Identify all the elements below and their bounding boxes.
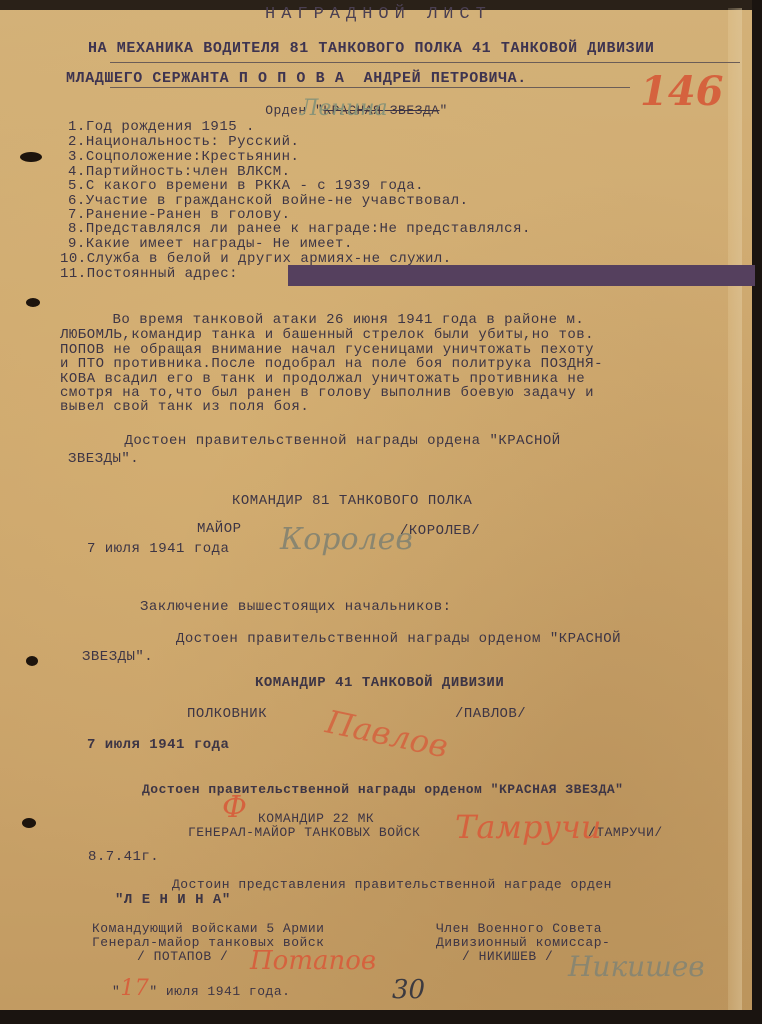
subtitle-line-2: МЛАДШЕГО СЕРЖАНТА П О П О В А АНДРЕЙ ПЕТ… <box>66 72 527 86</box>
punch-hole <box>26 298 40 307</box>
narrative-line: ЛЮБОМЛЬ,командир танка и башенный стрело… <box>60 328 594 342</box>
division-date: 7 июля 1941 года <box>87 738 229 752</box>
narrative-line: смотря на то,что был ранен в голову выпо… <box>60 386 594 400</box>
council-member-rank: Дивизионный комиссар- <box>436 936 610 950</box>
superiors-heading: Заключение вышестоящих начальников: <box>140 600 452 614</box>
field-item: 11.Постоянный адрес: <box>60 267 238 281</box>
signature-potapov: Потапов <box>250 946 376 976</box>
punch-hole <box>20 152 42 162</box>
punch-hole <box>22 818 36 828</box>
council-member-title: Член Военного Совета <box>436 922 602 936</box>
field-item: 10.Служба в белой и других армиях-не слу… <box>60 252 452 266</box>
superiors-line: ЗВЕЗДЫ". <box>82 650 153 664</box>
handwritten-note: 30 <box>392 975 425 1005</box>
army-date: "17" июля 1941 года. <box>112 982 290 999</box>
field-item: 4.Партийность:член ВЛКСМ. <box>68 165 291 179</box>
superiors-line: Достоен правительственной награды ордено… <box>176 632 621 646</box>
army-order-name: "Л Е Н И Н А" <box>115 893 231 907</box>
field-item: 2.Национальность: Русский. <box>68 135 299 149</box>
signature-pavlov: Павлов <box>322 703 451 766</box>
division-commander-title: КОМАНДИР 41 ТАНКОВОЙ ДИВИЗИИ <box>255 676 504 690</box>
division-commander-name: /ПАВЛОВ/ <box>455 707 526 721</box>
field-item: 8.Представлялся ли ранее к награде:Не пр… <box>68 222 531 236</box>
field-item: 1.Год рождения 1915 . <box>68 120 255 134</box>
corps-commander-title: КОМАНДИР 22 МК <box>258 812 374 826</box>
redacted-address <box>288 265 755 286</box>
punch-hole <box>26 656 38 666</box>
handwritten-day: 17 <box>120 976 149 1001</box>
order-suffix: " <box>440 103 448 118</box>
handwritten-order-lenin: Ленина <box>300 96 388 121</box>
document-title: НАГРАДНОЙ ЛИСТ <box>265 8 492 22</box>
corps-commander-rank: ГЕНЕРАЛ-МАЙОР ТАНКОВЫХ ВОЙСК <box>188 826 420 840</box>
army-commander-name: / ПОТАПОВ / <box>137 950 228 964</box>
council-member-name: / НИКИШЕВ / <box>462 950 553 964</box>
recommendation-line: Достоен правительственной награды ордена… <box>80 434 561 448</box>
corps-recommendation: Достоен правительственной награды ордено… <box>142 783 623 797</box>
recommendation-line: ЗВЕЗДЫ". <box>68 452 139 466</box>
signature-tamruchi: Тамручи <box>455 808 602 846</box>
narrative-line: и ПТО противника.После подобрал на поле … <box>60 357 603 371</box>
narrative-line: Во время танковой атаки 26 июня 1941 год… <box>68 313 584 327</box>
field-item: 3.Соцположение:Крестьянин. <box>68 150 299 164</box>
field-item: 5.С какого времени в РККА - с 1939 года. <box>68 179 424 193</box>
signature-korolev: Королев <box>280 522 413 557</box>
field-item: 7.Ранение-Ранен в голову. <box>68 208 291 222</box>
subtitle-line-1: НА МЕХАНИКА ВОДИТЕЛЯ 81 ТАНКОВОГО ПОЛКА … <box>88 42 655 56</box>
handwritten-page-number: 146 <box>640 68 724 115</box>
award-sheet-paper: НАГРАДНОЙ ЛИСТ НА МЕХАНИКА ВОДИТЕЛЯ 81 Т… <box>0 0 752 1010</box>
signature-nikishev: Никишев <box>568 950 705 983</box>
regiment-commander-rank: МАЙОР <box>197 522 242 536</box>
underline <box>110 87 630 88</box>
regiment-commander-title: КОМАНДИР 81 ТАНКОВОГО ПОЛКА <box>232 494 472 508</box>
underline <box>110 62 740 63</box>
army-recommendation: Достоин представления правительственной … <box>172 878 612 892</box>
field-item: 9.Какие имеет награды- Не имеет. <box>68 237 353 251</box>
red-pencil-mark: Ф <box>222 790 247 825</box>
army-commander-title: Командующий войсками 5 Армии <box>92 922 324 936</box>
field-item: 6.Участие в гражданской войне-не учавств… <box>68 194 469 208</box>
division-commander-rank: ПОЛКОВНИК <box>187 707 267 721</box>
narrative-line: КОВА всадил его в танк и продолжал уничт… <box>60 372 585 386</box>
narrative-line: вывел свой танк из поля боя. <box>60 400 309 414</box>
regiment-date: 7 июля 1941 года <box>87 542 229 556</box>
paper-right-edge <box>728 8 742 1010</box>
narrative-line: ПОПОВ не обращая внимание начал гусеница… <box>60 343 594 357</box>
corps-date: 8.7.41г. <box>88 850 159 864</box>
